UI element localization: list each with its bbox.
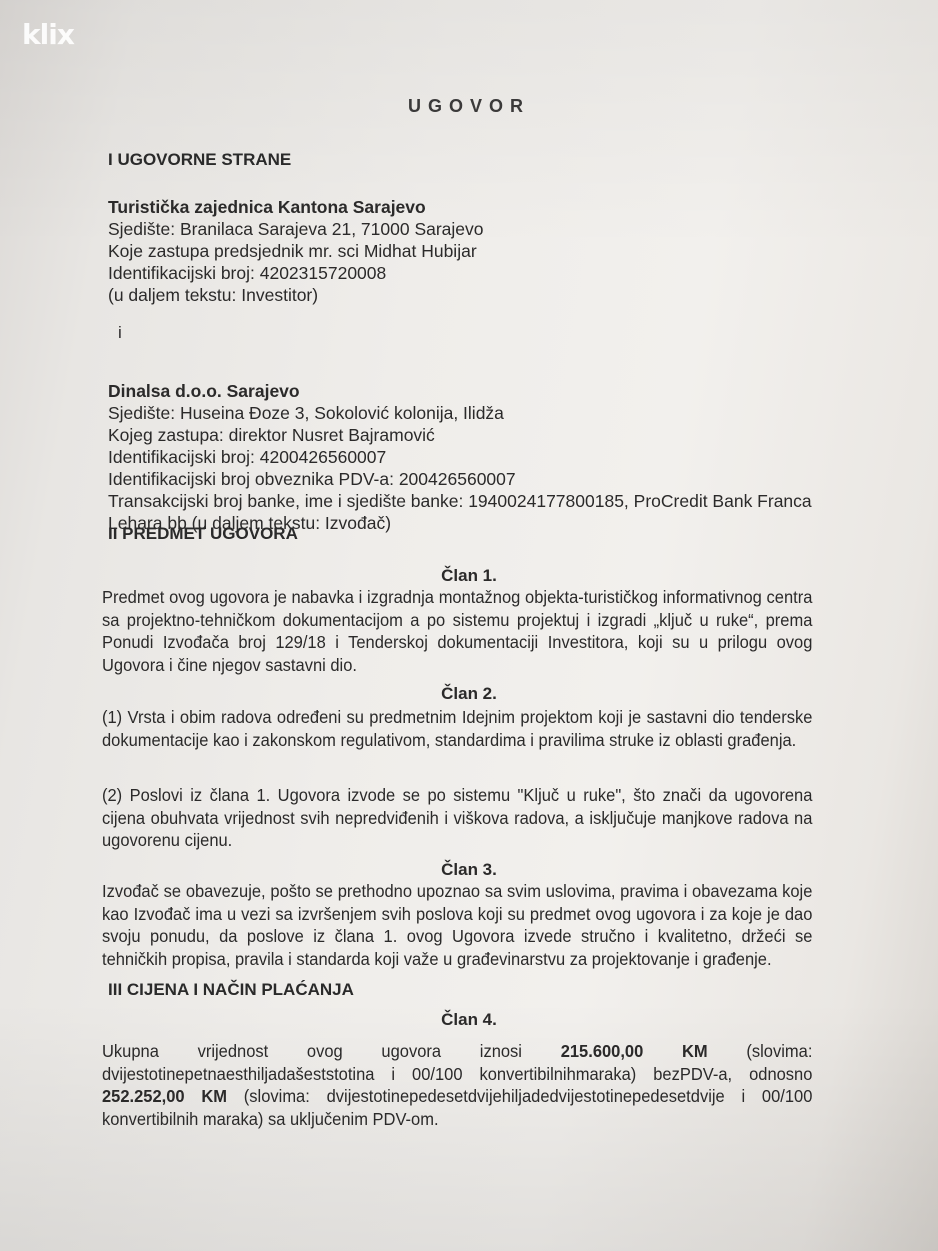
price-gross-amount: 252.252,00 KM bbox=[102, 1086, 227, 1106]
article-4-text: Ukupna vrijednost ovog ugovora iznosi 21… bbox=[102, 1040, 812, 1130]
party-bank-info: Transakcijski broj banke, ime i sjedište… bbox=[108, 490, 848, 512]
party-id-number: Identifikacijski broj: 4202315720008 bbox=[108, 262, 484, 284]
article-3-title: Član 3. bbox=[0, 860, 938, 880]
party-izvodac: Dinalsa d.o.o. Sarajevo Sjedište: Husein… bbox=[108, 380, 848, 534]
article-2-paragraph-2: (2) Poslovi iz člana 1. Ugovora izvode s… bbox=[102, 784, 812, 852]
article-1-title: Član 1. bbox=[0, 566, 938, 586]
price-net-amount: 215.600,00 KM bbox=[561, 1041, 708, 1061]
party-investitor: Turistička zajednica Kantona Sarajevo Sj… bbox=[108, 196, 484, 306]
klix-watermark-logo: klix bbox=[22, 18, 74, 51]
article-1-text: Predmet ovog ugovora je nabavka i izgrad… bbox=[102, 586, 812, 676]
party-address: Sjedište: Huseina Đoze 3, Sokolović kolo… bbox=[108, 402, 848, 424]
section-heading-parties: I UGOVORNE STRANE bbox=[108, 150, 291, 170]
party-representative: Kojeg zastupa: direktor Nusret Bajramovi… bbox=[108, 424, 848, 446]
party-name: Dinalsa d.o.o. Sarajevo bbox=[108, 380, 848, 402]
party-name: Turistička zajednica Kantona Sarajevo bbox=[108, 196, 484, 218]
article-4-title: Član 4. bbox=[0, 1010, 938, 1030]
party-alias: (u daljem tekstu: Investitor) bbox=[108, 284, 484, 306]
party-representative: Koje zastupa predsjednik mr. sci Midhat … bbox=[108, 240, 484, 262]
article-2-paragraph-1: (1) Vrsta i obim radova određeni su pred… bbox=[102, 706, 812, 751]
section-heading-price: III CIJENA I NAČIN PLAĆANJA bbox=[108, 980, 354, 1000]
party-vat-number: Identifikacijski broj obveznika PDV-a: 2… bbox=[108, 468, 848, 490]
article-3-text: Izvođač se obavezuje, pošto se prethodno… bbox=[102, 880, 812, 970]
article-2-title: Član 2. bbox=[0, 684, 938, 704]
section-heading-subject: II PREDMET UGOVORA bbox=[108, 524, 298, 544]
party-id-number: Identifikacijski broj: 4200426560007 bbox=[108, 446, 848, 468]
document-title: UGOVOR bbox=[0, 96, 938, 117]
price-text-a: Ukupna vrijednost ovog ugovora iznosi bbox=[102, 1041, 522, 1061]
conjunction: i bbox=[118, 323, 122, 343]
party-address: Sjedište: Branilaca Sarajeva 21, 71000 S… bbox=[108, 218, 484, 240]
